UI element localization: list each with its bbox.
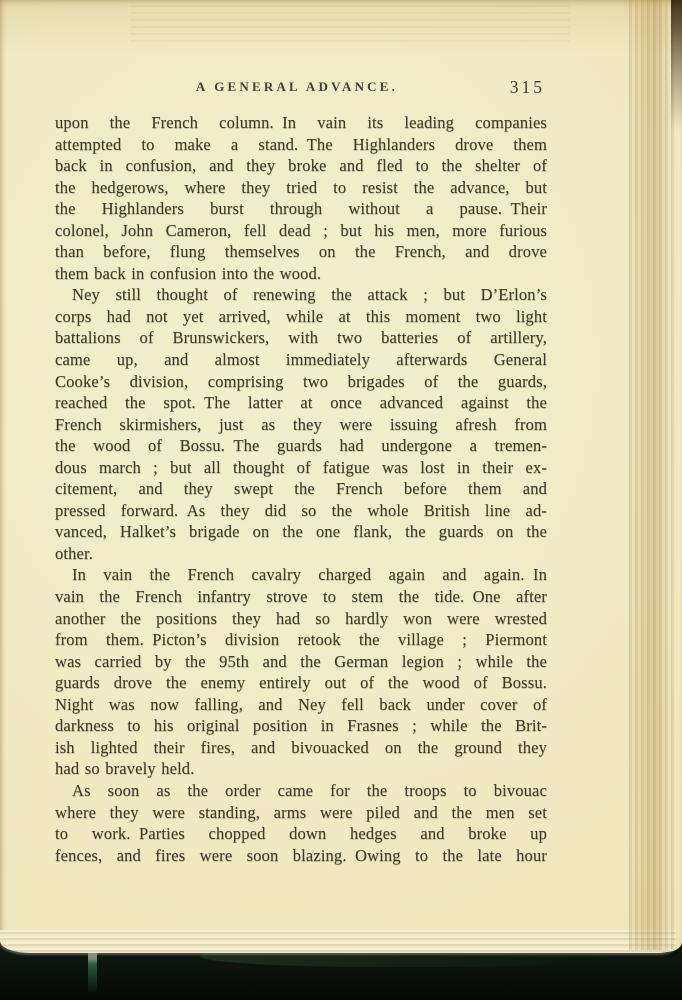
text-line: battalions of Brunswickers, with two bat… (55, 327, 547, 349)
text-line: back in confusion, and they broke and fl… (55, 155, 547, 177)
corner-shadow (671, 0, 682, 130)
body-text: upon the French column. In vain its lead… (55, 112, 547, 866)
text-line: the wood of Bossu. The guards had underg… (55, 435, 547, 457)
running-head: A GENERAL ADVANCE. 315 (55, 79, 547, 112)
page-title: A GENERAL ADVANCE. (55, 79, 547, 95)
paragraph: Ney still thought of renewing the attack… (55, 284, 547, 564)
text-line: In vain the French cavalry charged again… (55, 564, 547, 586)
text-line: came up, and almost immediately afterwar… (55, 349, 547, 371)
text-line: the hedgerows, where they tried to resis… (55, 177, 547, 199)
text-line: French skirmishers, just as they were is… (55, 414, 547, 436)
text-line: where they were standing, arms were pile… (55, 802, 547, 824)
text-line: to work. Parties chopped down hedges and… (55, 823, 547, 845)
text-line: than before, flung themselves on the Fre… (55, 241, 547, 263)
text-line: darkness to his original position in Fra… (55, 715, 547, 737)
page-stack-edge (0, 930, 676, 953)
bookmark-ribbon (88, 952, 97, 992)
text-line: the Highlanders burst through without a … (55, 198, 547, 220)
scan-streaks (130, 5, 570, 47)
paragraph: In vain the French cavalry charged again… (55, 564, 547, 779)
text-line: Ney still thought of renewing the attack… (55, 284, 547, 306)
page-number: 315 (510, 77, 545, 98)
text-line: guards drove the enemy entirely out of t… (55, 672, 547, 694)
text-line: corps had not yet arrived, while at this… (55, 306, 547, 328)
text-line: Night was now falling, and Ney fell back… (55, 694, 547, 716)
text-line: citement, and they swept the French befo… (55, 478, 547, 500)
text-line: colonel, John Cameron, fell dead ; but h… (55, 220, 547, 242)
text-block: A GENERAL ADVANCE. 315 upon the French c… (55, 79, 547, 866)
text-line: As soon as the order came for the troops… (55, 780, 547, 802)
right-page-edges (626, 0, 676, 950)
text-line: vain the French infantry strove to stem … (55, 586, 547, 608)
text-line: from them. Picton’s division retook the … (55, 629, 547, 651)
text-line: reached the spot. The latter at once adv… (55, 392, 547, 414)
text-line: upon the French column. In vain its lead… (55, 112, 547, 134)
text-line: ish lighted their fires, and bivouacked … (55, 737, 547, 759)
text-line: them back in confusion into the wood. (55, 263, 547, 285)
text-line: Cooke’s division, comprising two brigade… (55, 371, 547, 393)
text-line: vanced, Halket’s brigade on the one flan… (55, 521, 547, 543)
text-line: pressed forward. As they did so the whol… (55, 500, 547, 522)
scanned-book-photo: A GENERAL ADVANCE. 315 upon the French c… (0, 0, 682, 1000)
text-line: attempted to make a stand. The Highlande… (55, 134, 547, 156)
text-line: had so bravely held. (55, 758, 547, 780)
text-line: was carried by the 95th and the German l… (55, 651, 547, 673)
paragraph: upon the French column. In vain its lead… (55, 112, 547, 284)
paragraph: As soon as the order came for the troops… (55, 780, 547, 866)
text-line: another the positions they had so hardly… (55, 608, 547, 630)
text-line: dous march ; but all thought of fatigue … (55, 457, 547, 479)
text-line: fences, and fires were soon blazing. Owi… (55, 845, 547, 867)
text-line: other. (55, 543, 547, 565)
